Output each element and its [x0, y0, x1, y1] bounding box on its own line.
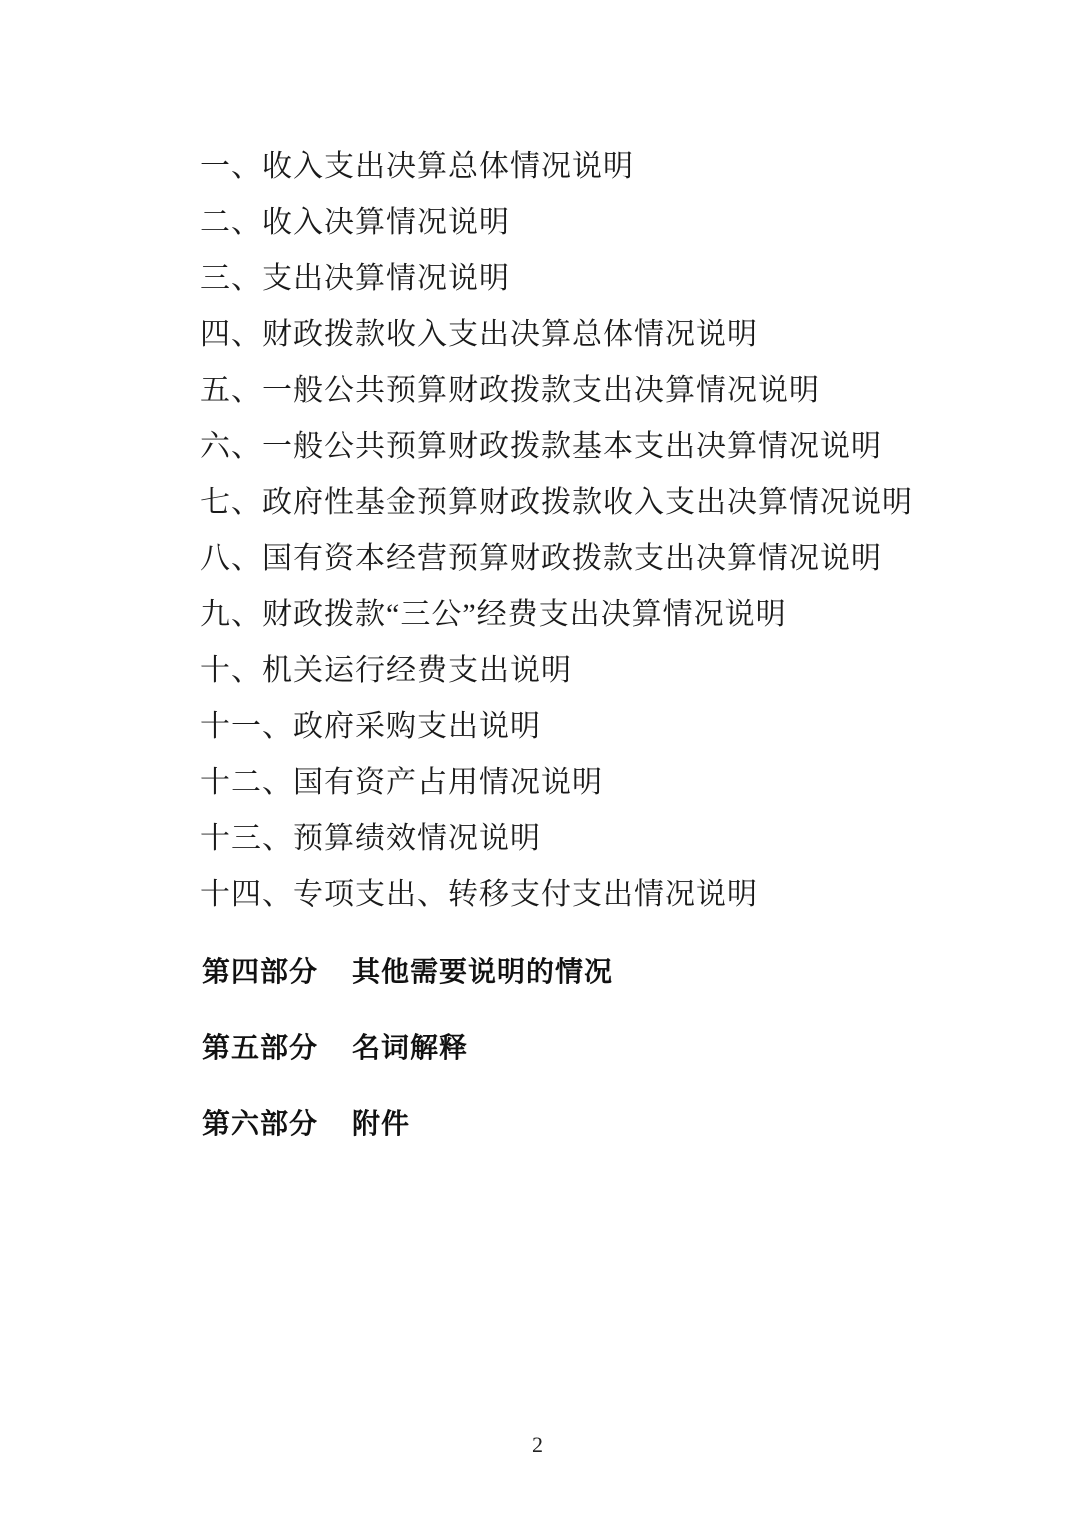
toc-item-03: 三、支出决算情况说明: [200, 247, 1015, 303]
toc-item-08: 八、国有资本经营预算财政拨款支出决算情况说明: [200, 527, 1015, 583]
toc-item-10: 十、机关运行经费支出说明: [200, 639, 1015, 695]
document-page: 一、收入支出决算总体情况说明 二、收入决算情况说明 三、支出决算情况说明 四、财…: [0, 0, 1075, 1520]
toc-item-05: 五、一般公共预算财政拨款支出决算情况说明: [200, 359, 1015, 415]
toc-item-04: 四、财政拨款收入支出决算总体情况说明: [200, 303, 1015, 359]
section-heading-list: 第四部分 其他需要说明的情况 第五部分 名词解释 第六部分 附件: [202, 932, 1015, 1160]
section-number: 第四部分: [202, 950, 318, 990]
toc-item-07: 七、政府性基金预算财政拨款收入支出决算情况说明: [200, 471, 1015, 527]
toc-item-09: 九、财政拨款“三公”经费支出决算情况说明: [200, 583, 1015, 639]
toc-item-02: 二、收入决算情况说明: [200, 191, 1015, 247]
toc-list: 一、收入支出决算总体情况说明 二、收入决算情况说明 三、支出决算情况说明 四、财…: [200, 135, 1015, 919]
toc-item-14: 十四、专项支出、转移支付支出情况说明: [200, 863, 1015, 919]
section-title: 名词解释: [352, 1026, 468, 1066]
section-title: 其他需要说明的情况: [352, 950, 613, 990]
section-number: 第五部分: [202, 1026, 318, 1066]
section-number: 第六部分: [202, 1102, 318, 1142]
toc-item-06: 六、一般公共预算财政拨款基本支出决算情况说明: [200, 415, 1015, 471]
section-heading-part5: 第五部分 名词解释: [202, 1008, 1015, 1084]
section-heading-part6: 第六部分 附件: [202, 1084, 1015, 1160]
toc-item-01: 一、收入支出决算总体情况说明: [200, 135, 1015, 191]
page-number: 2: [0, 1432, 1075, 1458]
section-title: 附件: [352, 1102, 410, 1142]
toc-item-13: 十三、预算绩效情况说明: [200, 807, 1015, 863]
toc-item-12: 十二、国有资产占用情况说明: [200, 751, 1015, 807]
section-heading-part4: 第四部分 其他需要说明的情况: [202, 932, 1015, 1008]
toc-item-11: 十一、政府采购支出说明: [200, 695, 1015, 751]
